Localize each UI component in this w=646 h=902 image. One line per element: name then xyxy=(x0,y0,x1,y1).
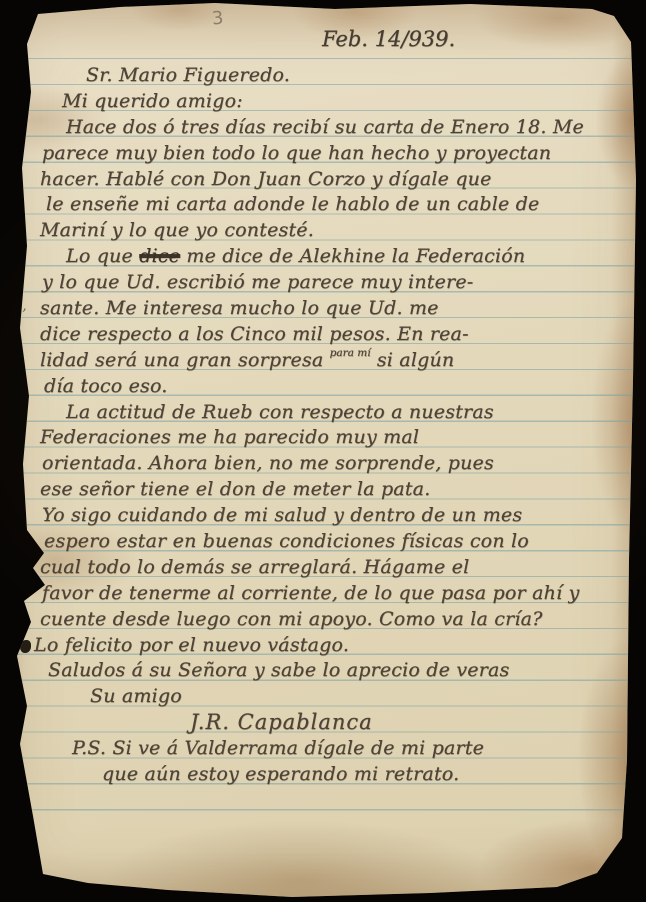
signature: J.R. Capablanca xyxy=(190,710,626,736)
line-text: me dice de Alekhine la Federación xyxy=(180,245,525,267)
letter-body: Sr. Mario Figueredo. Mi querido amigo: H… xyxy=(40,63,626,788)
line-text: si algún xyxy=(371,349,455,371)
handwritten-line: día toco eso. xyxy=(44,374,626,400)
handwritten-line: y lo que Ud. escribió me parece muy inte… xyxy=(42,270,626,296)
margin-tick: ’ xyxy=(22,124,26,138)
handwritten-line: hacer. Hablé con Don Juan Corzo y dígale… xyxy=(40,167,626,193)
inserted-word: para mí xyxy=(330,347,371,359)
handwritten-line: cuente desde luego con mi apoyo. Como va… xyxy=(40,607,626,633)
line-text: lidad será una gran sorpresa xyxy=(40,349,330,371)
handwritten-line: La actitud de Rueb con respecto a nuestr… xyxy=(66,400,626,426)
line-text: Lo felicito por el nuevo vástago. xyxy=(34,634,349,656)
handwritten-line: espero estar en buenas condiciones físic… xyxy=(44,529,626,555)
margin-tick: ’ xyxy=(22,72,26,86)
handwritten-line: Mariní y lo que yo contesté. xyxy=(40,218,626,244)
handwritten-line: parece muy bien todo lo que han hecho y … xyxy=(42,141,626,167)
handwritten-line: Lo felicito por el nuevo vástago. xyxy=(20,633,626,659)
margin-tick: ’ xyxy=(22,255,26,269)
postscript-line: P.S. Si ve á Valderrama dígale de mi par… xyxy=(72,736,626,762)
handwritten-line: Hace dos ó tres días recibí su carta de … xyxy=(66,115,626,141)
handwritten-line: favor de tenerme al corriente, de lo que… xyxy=(42,581,626,607)
handwritten-line: Yo sigo cuidando de mi salud y dentro de… xyxy=(42,503,626,529)
handwritten-line: lidad será una gran sorpresa para mí si … xyxy=(40,348,626,374)
handwritten-line: Federaciones me ha parecido muy mal xyxy=(40,425,626,451)
closing-line: Su amigo xyxy=(90,684,626,710)
margin-tick: ’ xyxy=(22,308,26,322)
handwritten-line: dice respecto a los Cinco mil pesos. En … xyxy=(40,322,626,348)
margin-tick: ’ xyxy=(22,538,26,552)
handwritten-line: Lo que dice me dice de Alekhine la Feder… xyxy=(66,244,626,270)
handwritten-line: cual todo lo demás se arreglará. Hágame … xyxy=(40,555,626,581)
handwritten-line: Saludos á su Señora y sabe lo aprecio de… xyxy=(48,658,626,684)
postscript-line: que aún estoy esperando mi retrato. xyxy=(102,762,626,788)
struck-word: dice xyxy=(139,245,180,267)
handwritten-line: sante. Me interesa mucho lo que Ud. me xyxy=(40,296,626,322)
letter-page: 3 Feb. 14/939. ’ ’ ’ ’ ’ ’ Sr. Mario Fig… xyxy=(0,0,646,902)
handwritten-line: ese señor tiene el don de meter la pata. xyxy=(40,477,626,503)
photo-background: 3 Feb. 14/939. ’ ’ ’ ’ ’ ’ Sr. Mario Fig… xyxy=(0,0,646,902)
salutation-line: Mi querido amigo: xyxy=(62,89,626,115)
ink-blot xyxy=(20,640,31,653)
margin-tick: ’ xyxy=(22,98,26,112)
addressee-line: Sr. Mario Figueredo. xyxy=(86,63,626,89)
handwritten-line: le enseñe mi carta adonde le hablo de un… xyxy=(46,192,626,218)
page-number: 3 xyxy=(211,8,224,31)
handwritten-line: orientada. Ahora bien, no me sorprende, … xyxy=(42,451,626,477)
line-text: Lo que xyxy=(66,245,139,267)
letter-date: Feb. 14/939. xyxy=(322,26,455,52)
